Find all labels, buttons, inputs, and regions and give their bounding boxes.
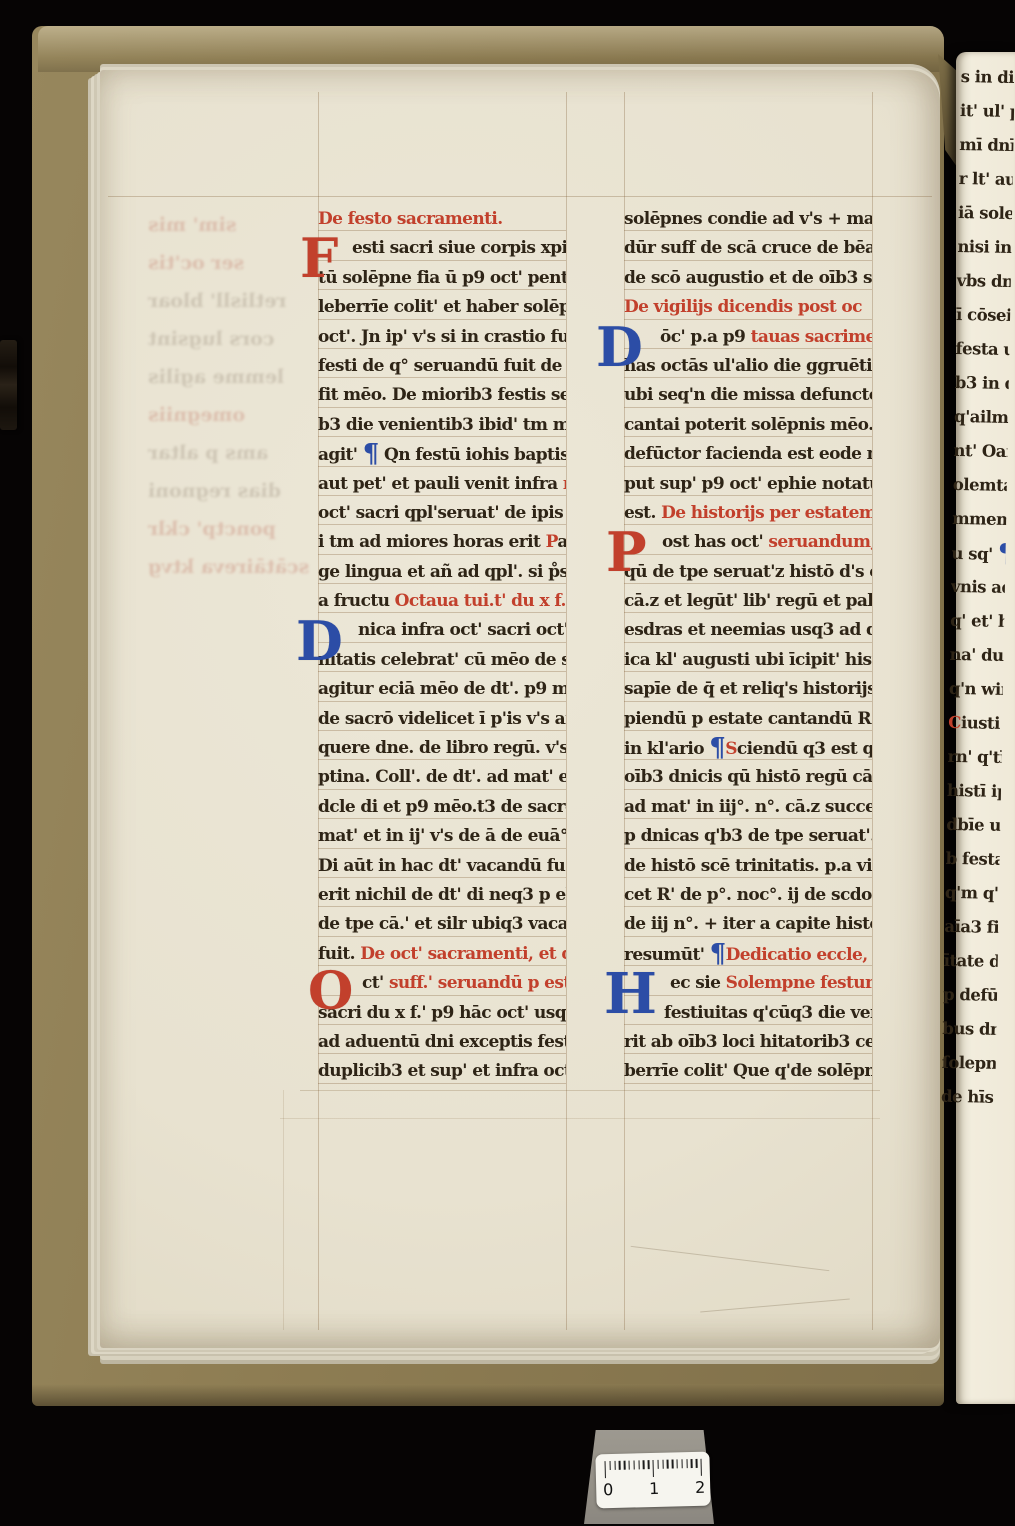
- ruler-minor-tick: [614, 1461, 616, 1470]
- text-run: esdras et neemias usq3 ad dōc't3: [624, 620, 872, 640]
- text-run: q' et' hau: [950, 611, 1004, 632]
- text-run: nitatis celebrat' cū mēo de sacrō: [318, 650, 566, 670]
- manuscript-line: duplicib3 et sup' et infra oct': [318, 1057, 566, 1086]
- manuscript-line: qū de tpe seruat'z histō d's oīm: [624, 558, 872, 587]
- text-run: cantai poterit solēpnis mēo.t3: [624, 415, 872, 435]
- ruler-minor-tick: [624, 1461, 626, 1470]
- manuscript-line: berrīe colit' Que q'de solēpni: [624, 1057, 872, 1086]
- ruler-minor-tick: [696, 1459, 698, 1468]
- book-clasp: [0, 340, 17, 430]
- ruler-minor-tick: [657, 1460, 659, 1469]
- manuscript-line: rn' q'tī hiī: [947, 740, 1002, 775]
- ruler-label-2: 2: [695, 1478, 706, 1497]
- text-run: ītate d': [944, 951, 998, 971]
- manuscript-line: bus dnī: [942, 1012, 997, 1047]
- manuscript-line: est. De historijs per estatem: [624, 499, 872, 528]
- text-run: cet R' de p°. noc°. ij de scdo n°. iij.: [624, 885, 872, 905]
- text-run: aīa3 fidel: [944, 917, 998, 938]
- manuscript-line: vnis aq' f: [951, 570, 1006, 605]
- manuscript-line: p dnicas q'b3 de tpe seruat'. R.': [624, 822, 872, 851]
- text-run: leberrīe colit' et haber solēpnes: [318, 297, 566, 317]
- text-run: piendū p estate cantandū R.': [624, 709, 872, 729]
- text-run: festa ul': [955, 339, 1009, 359]
- text-run: agitur eciā mēo de dt'. p9 mēo.t3: [318, 679, 566, 699]
- manuscript-line: esdras et neemias usq3 ad dōc't3: [624, 616, 872, 645]
- text-run: histī ipum: [947, 781, 1001, 802]
- text-run: has octās ul'alio die ggruēti: [624, 356, 872, 376]
- text-run: na' dus' im: [949, 645, 1003, 666]
- text-run: Octaua tui.t' du x f.': [395, 591, 566, 611]
- manuscript-line: put sup' p9 oct' ephie notatū: [624, 470, 872, 499]
- text-run: De vigilijs dicendis post oc: [624, 297, 862, 317]
- text-run: seruandum,: [768, 532, 872, 552]
- pilcrow-mark: ¶: [709, 734, 725, 763]
- showthrough-line: ser oc'tis: [148, 244, 316, 282]
- text-run: quere dne. de libro regū. v's ves: [318, 738, 566, 758]
- pilcrow-mark: ¶: [363, 440, 379, 469]
- text-run: esti sacri siue corpis xpi fes: [352, 238, 566, 258]
- manuscript-line: oct' sacri qpl'seruat' de ipis festi: [318, 499, 566, 528]
- text-run: solēpnes condie ad v's + mat': [624, 209, 872, 229]
- manuscript-line: De festo sacramenti.: [318, 205, 566, 234]
- text-run: mmemb r: [952, 509, 1006, 530]
- illuminated-initial: F: [300, 231, 338, 285]
- manuscript-line: it' ul' p: [960, 94, 1015, 129]
- text-run: defūctor facienda est eode mō: [624, 444, 872, 464]
- text-run: s in di: [961, 67, 1015, 87]
- manuscript-line: u sq' ¶1: [951, 536, 1006, 571]
- manuscript-line: ost has oct' seruandum,: [624, 528, 872, 557]
- manuscript-line: festiuitas q'cūq3 die vene: [624, 999, 872, 1028]
- text-run: oct'. Jn ip' v's si in crastio fuerit: [318, 327, 566, 347]
- text-run: ad mat' in iij°. n°. cā.z successiue: [624, 797, 872, 817]
- text-run: r lt' au: [959, 169, 1013, 189]
- manuscript-line: Ciusti: [948, 706, 1003, 741]
- manuscript-line: r lt' au: [958, 162, 1013, 197]
- manuscript-line: q' et' hau: [950, 604, 1005, 639]
- manuscript-line: ubi seq'n die missa defunctor: [624, 381, 872, 410]
- manuscript-line: quere dne. de libro regū. v's ves: [318, 734, 566, 763]
- text-run: nisi in: [957, 237, 1011, 257]
- showthrough-line: retlisll' bloar: [148, 282, 316, 320]
- text-run: an: [557, 532, 566, 552]
- verso-showthrough: sim' misser oc'tisretlisll' bloarcors lu…: [148, 206, 316, 586]
- manuscript-line: agitur eciā mēo de dt'. p9 mēo.t3: [318, 675, 566, 704]
- text-run: ad aduentū dni exceptis festi: [318, 1032, 566, 1052]
- text-run: ct': [362, 973, 389, 993]
- manuscript-line: q'm q'c dr: [945, 876, 1000, 911]
- manuscript-line: na' dus' im: [949, 638, 1004, 673]
- manuscript-line: cantai poterit solēpnis mēo.t3: [624, 411, 872, 440]
- text-run: b3 die venientib3 ibid' tm mēo: [318, 415, 566, 435]
- text-run: ica kl' augusti ubi īcipit' histō: [624, 650, 872, 670]
- manuscript-line: ad mat' in iij°. n°. cā.z successiue: [624, 793, 872, 822]
- manuscript-line: agit' ¶ Qn festū iohis baptiste: [318, 440, 566, 469]
- text-run: sacri du x f.' p9 hāc oct' usq3: [318, 1003, 566, 1023]
- text-run: put sup' p9 oct' ephie notatū: [624, 474, 872, 494]
- text-run: P: [546, 532, 558, 552]
- ruler-labels: 0 1 2: [596, 1478, 711, 1505]
- text-run: agit': [318, 445, 363, 465]
- text-run: berrīe colit' Que q'de solēpni: [624, 1061, 872, 1081]
- text-run: ptina. Coll'. de dt'. ad mat' euā.': [318, 767, 566, 787]
- manuscript-line: festi de q° seruandū fuit de eode: [318, 352, 566, 381]
- showthrough-line: omegniis: [148, 396, 316, 434]
- text-run: q'n win fc: [949, 679, 1003, 700]
- manuscript-line: histī ipum: [947, 774, 1002, 809]
- text-run: C: [948, 713, 961, 732]
- manuscript-line: dūr suff de scā cruce de bēa v'g': [624, 234, 872, 263]
- text-run: sapīe de q̄ et reliq's historijs īci: [624, 679, 872, 699]
- manuscript-line: defūctor facienda est eode mō: [624, 440, 872, 469]
- ruler-major-tick: [605, 1461, 607, 1478]
- manuscript-line: oīb3 dnicis qū histō regū cātat': [624, 763, 872, 792]
- manuscript-line: fuit. De oct' sacramenti, et de: [318, 940, 566, 969]
- text-run: de tpe cā.' et silr ubiq3 vacandū: [318, 914, 566, 934]
- text-run: q'm q'c dr: [945, 883, 999, 904]
- text-run: p dnicas q'b3 de tpe seruat'. R.': [624, 826, 872, 846]
- text-run: Solempne festum: [726, 973, 872, 993]
- manuscript-line: ica kl' augusti ubi īcipit' histō: [624, 646, 872, 675]
- manuscript-line: mmemb r: [952, 502, 1007, 537]
- text-run: duplicib3 et sup' et infra oct': [318, 1061, 566, 1081]
- ruler-minor-tick: [662, 1460, 664, 1469]
- ruler-minor-tick: [672, 1460, 674, 1469]
- showthrough-line: lemme agilis: [148, 358, 316, 396]
- text-run: ciendū q3 est q3: [737, 739, 872, 759]
- text-run: de scō augustio et de oīb3 scīs.: [624, 268, 872, 288]
- manuscript-line: de scō augustio et de oīb3 scīs.: [624, 264, 872, 293]
- facing-page-text-fragments: s in diit' ul' pmī dnī ir lt' auiā solep…: [941, 60, 1015, 1115]
- manuscript-line: nt' Oanseil: [953, 434, 1008, 469]
- manuscript-line: aut pet' et pauli venit infra n: [318, 470, 566, 499]
- manuscript-line: vbs dnī: [956, 264, 1011, 299]
- illuminated-initial: H: [604, 966, 657, 1022]
- ruling-line-lower: [280, 1118, 880, 1119]
- ruler-scale: 0 1 2: [595, 1452, 710, 1509]
- ruler-minor-tick: [619, 1461, 621, 1470]
- illuminated-initial: D: [296, 614, 343, 668]
- showthrough-line: ponctp' cklr: [148, 510, 316, 548]
- ruler-minor-tick: [633, 1460, 635, 1469]
- text-run: b festa ul' o: [945, 849, 999, 870]
- manuscript-line: De vigilijs dicendis post oc: [624, 293, 872, 322]
- text-run: dūr suff de scā cruce de bēa v'g': [624, 238, 872, 258]
- text-column-left: De festo sacramenti.esti sacri siue corp…: [318, 205, 566, 1087]
- manuscript-line: b festa ul' o: [945, 842, 1000, 877]
- manuscript-line: nitatis celebrat' cū mēo de sacrō: [318, 646, 566, 675]
- manuscript-line: erit nichil de dt' di neq3 p ebd'.: [318, 881, 566, 910]
- manuscript-line: ptina. Coll'. de dt'. ad mat' euā.': [318, 763, 566, 792]
- manuscript-line: leberrīe colit' et haber solēpnes: [318, 293, 566, 322]
- illuminated-initial: O: [308, 966, 353, 1018]
- ruler-label-0: 0: [603, 1480, 614, 1499]
- ruler-major-tick: [653, 1460, 655, 1477]
- facing-page-edge: s in diit' ul' pmī dnī ir lt' auiā solep…: [956, 52, 1015, 1404]
- text-run: b3 in dr: [955, 373, 1009, 393]
- ruler-minor-tick: [677, 1459, 679, 1468]
- text-run: iusti: [961, 713, 1000, 733]
- text-run: n: [563, 474, 566, 494]
- manuscript-line: q'n win fc: [949, 672, 1004, 707]
- manuscript-line: aīa3 fidel: [944, 910, 999, 945]
- manuscript-line: ec sie Solempne festum: [624, 969, 872, 998]
- manuscript-line: q'ailmne: [954, 400, 1009, 435]
- text-run: ōc' p.a p9: [660, 327, 751, 347]
- ruler-minor-tick: [643, 1460, 645, 1469]
- manuscript-line: Di aūt in hac dt' vacandū fu: [318, 852, 566, 881]
- manuscript-line: rit ab oīb3 loci hitatorib3 cele: [624, 1028, 872, 1057]
- manuscript-line: oct'. Jn ip' v's si in crastio fuerit: [318, 323, 566, 352]
- showthrough-line: sim' mis: [148, 206, 316, 244]
- ruler-label-1: 1: [649, 1479, 660, 1498]
- text-run: vbs dnī: [957, 271, 1011, 291]
- text-run: Di aūt in hac dt' vacandū fu: [318, 856, 565, 876]
- manuscript-line: cā.z et legūt' lib' regū et palip': [624, 587, 872, 616]
- text-run: Dedicatio eccle,: [726, 945, 868, 965]
- showthrough-line: scātāireva ktvg: [148, 548, 316, 586]
- manuscript-line: a fructu Octaua tui.t' du x f.': [318, 587, 566, 616]
- text-run: oīb3 dnicis qū histō regū cātat': [624, 767, 872, 787]
- manuscript-line: dcle di et p9 mēo.t3 de sacrō ad: [318, 793, 566, 822]
- text-run: cā.z et legūt' lib' regū et palip': [624, 591, 872, 611]
- manuscript-line: ōc' p.a p9 tauas sacrimenti: [624, 323, 872, 352]
- manuscript-line: ct' suff.' seruandū p estate,: [318, 969, 566, 998]
- manuscript-line: de hīs: [941, 1080, 996, 1115]
- text-run: in kl'ario: [624, 739, 709, 759]
- text-run: it' ul' p: [960, 101, 1014, 121]
- text-run: ec sie: [670, 973, 726, 993]
- text-run: mat' et in ij' v's de ā de euā°. dōcli: [318, 826, 566, 846]
- showthrough-line: dias regnoni: [148, 472, 316, 510]
- ruler-minor-tick: [686, 1459, 688, 1468]
- text-run: nt' Oanseil: [953, 441, 1007, 462]
- manuscript-line: mī dnī i: [959, 128, 1014, 163]
- manuscript-line: tū solēpne fia ū p9 oct' pentij ce: [318, 264, 566, 293]
- text-run: festiuitas q'cūq3 die vene: [664, 1003, 872, 1023]
- text-run: ost has oct': [662, 532, 768, 552]
- ruling-line-col1-right: [566, 92, 567, 1330]
- showthrough-line: cors lugsint: [148, 320, 316, 358]
- text-run: tū solēpne fia ū p9 oct' pentij ce: [318, 268, 566, 288]
- illuminated-initial: P: [606, 525, 647, 579]
- text-run: de histō scē trinitatis. p.a videli: [624, 856, 872, 876]
- ruler-minor-tick: [667, 1460, 669, 1469]
- text-column-right: solēpnes condie ad v's + mat'dūr suff de…: [624, 205, 872, 1087]
- manuscript-line: sapīe de q̄ et reliq's historijs īci: [624, 675, 872, 704]
- text-run: oct' sacri qpl'seruat' de ipis festi: [318, 503, 566, 523]
- text-run: qū de tpe seruat'z histō d's oīm: [624, 562, 872, 582]
- text-run: de iij n°. + iter a capite historie: [624, 914, 872, 934]
- text-run: olemtar u: [953, 475, 1007, 496]
- text-run: vnis aq' f: [951, 577, 1005, 597]
- ruling-line-bottom: [300, 1090, 880, 1091]
- pilcrow-mark: ¶: [998, 539, 1006, 569]
- manuscript-line: fit mēo. De miorib3 festis seq'n: [318, 381, 566, 410]
- text-run: mī dnī i: [959, 135, 1013, 155]
- text-run: ſolepniz: [942, 1053, 996, 1073]
- text-run: rn' q'tī hiī: [947, 747, 1001, 768]
- manuscript-line: esti sacri siue corpis xpi fes: [318, 234, 566, 263]
- text-run: de sacrō videlicet ī p'is v's añ lo: [318, 709, 566, 729]
- manuscript-line: piendū p estate cantandū R.': [624, 705, 872, 734]
- text-run: tauas sacrimenti: [751, 327, 872, 347]
- ruler-minor-tick: [691, 1459, 693, 1468]
- text-run: dbīe ub' h'i: [946, 815, 1000, 836]
- manuscript-line: b3 in dr: [954, 366, 1009, 401]
- manuscript-line: ī cōseil: [956, 298, 1011, 333]
- manuscript-line: olemtar u: [953, 468, 1008, 503]
- text-run: iā solep: [958, 203, 1012, 223]
- manuscript-line: has octās ul'alio die ggruēti: [624, 352, 872, 381]
- text-run: dcle di et p9 mēo.t3 de sacrō ad: [318, 797, 566, 817]
- text-run: i tm ad miores horas erit: [318, 532, 546, 552]
- manuscript-line: i tm ad miores horas erit Pan: [318, 528, 566, 557]
- manuscript-line: de sacrō videlicet ī p'is v's añ lo: [318, 705, 566, 734]
- manuscript-line: nisi in: [957, 230, 1012, 265]
- ruler-major-tick: [700, 1459, 702, 1476]
- text-run: u sq': [951, 544, 998, 564]
- text-run: p defūc: [943, 985, 997, 1005]
- text-run: ge lingua et añ ad qpl'. si p̊s: [318, 562, 566, 582]
- ruler-minor-tick: [681, 1459, 683, 1468]
- manuscript-line: nica infra oct' sacri oct' tri: [318, 616, 566, 645]
- text-run: nica infra oct' sacri oct' tri: [358, 620, 566, 640]
- text-run: erit nichil de dt' di neq3 p ebd'.: [318, 885, 566, 905]
- manuscript-line: cet R' de p°. noc°. ij de scdo n°. iij.: [624, 881, 872, 910]
- manuscript-line: ge lingua et añ ad qpl'. si p̊s: [318, 558, 566, 587]
- ruling-line-top: [108, 196, 932, 197]
- text-run: bus dnī: [942, 1019, 996, 1039]
- page-crease-vertical: [283, 1090, 284, 1330]
- ruler-minor-tick: [609, 1461, 611, 1470]
- manuscript-line: ſolepniz: [941, 1046, 996, 1081]
- manuscript-line: iā solep: [958, 196, 1013, 231]
- manuscript-line: b3 die venientib3 ibid' tm mēo: [318, 411, 566, 440]
- text-run: ubi seq'n die missa defunctor: [624, 385, 872, 405]
- ruling-line-col2-right: [872, 92, 873, 1330]
- text-run: fit mēo. De miorib3 festis seq'n: [318, 385, 566, 405]
- text-run: q'ailmne: [954, 407, 1008, 427]
- manuscript-line: mat' et in ij' v's de ā de euā°. dōcli: [318, 822, 566, 851]
- manuscript-photo: { "colors":{ "ink":"#2e2416","red":"#c24…: [0, 0, 1015, 1526]
- text-run: S: [725, 739, 737, 759]
- manuscript-line: de tpe cā.' et silr ubiq3 vacandū: [318, 910, 566, 939]
- text-run: Qn festū iohis baptiste: [379, 445, 566, 465]
- text-run: De historijs per estatem: [661, 503, 872, 523]
- manuscript-line: ad aduentū dni exceptis festi: [318, 1028, 566, 1057]
- manuscript-line: de histō scē trinitatis. p.a videli: [624, 852, 872, 881]
- manuscript-line: dbīe ub' h'i: [946, 808, 1001, 843]
- text-run: ī cōseil: [956, 305, 1010, 325]
- text-run: De festo sacramenti.: [318, 209, 503, 229]
- manuscript-line: s in di: [960, 60, 1015, 95]
- manuscript-line: ītate d': [943, 944, 998, 979]
- showthrough-line: ams p altar: [148, 434, 316, 472]
- manuscript-line: de iij n°. + iter a capite historie: [624, 910, 872, 939]
- manuscript-line: in kl'ario ¶Sciendū q3 est q3: [624, 734, 872, 763]
- text-run: suff.' seruandū p estate,: [389, 973, 566, 993]
- text-run: festi de q° seruandū fuit de eode: [318, 356, 566, 376]
- text-run: de hīs: [941, 1087, 994, 1107]
- manuscript-line: p defūc: [943, 978, 998, 1013]
- text-run: aut pet' et pauli venit infra: [318, 474, 563, 494]
- manuscript-line: solēpnes condie ad v's + mat': [624, 205, 872, 234]
- manuscript-line: resumūt' ¶Dedicatio eccle,: [624, 940, 872, 969]
- ruler-minor-tick: [648, 1460, 650, 1469]
- ruler-minor-tick: [629, 1461, 631, 1470]
- ruler-minor-tick: [638, 1460, 640, 1469]
- illuminated-initial: D: [596, 320, 643, 374]
- text-run: rit ab oīb3 loci hitatorib3 cele: [624, 1032, 872, 1052]
- text-run: De oct' sacramenti, et de: [360, 944, 566, 964]
- pilcrow-mark: ¶: [710, 940, 726, 969]
- manuscript-line: sacri du x f.' p9 hāc oct' usq3: [318, 999, 566, 1028]
- manuscript-line: festa ul': [955, 332, 1010, 367]
